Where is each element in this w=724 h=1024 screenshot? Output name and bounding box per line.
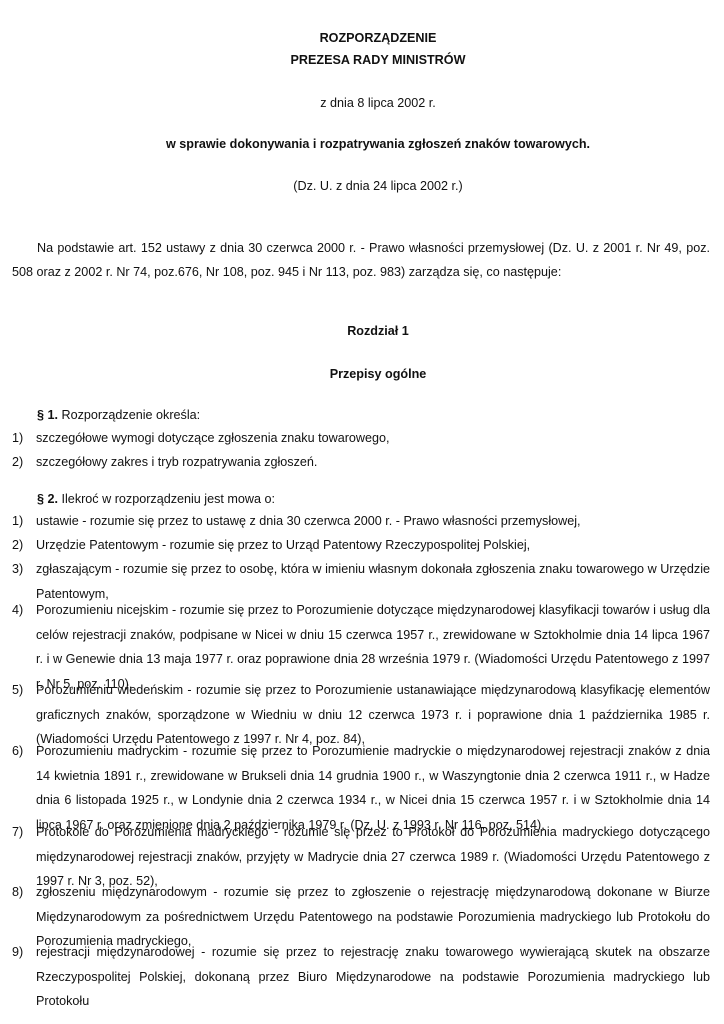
item-number: 6)	[12, 739, 23, 764]
item-number: 2)	[12, 450, 23, 475]
chapter-number: Rozdział 1	[0, 324, 724, 338]
section-mark: § 2.	[37, 492, 58, 506]
section-intro: Rozporządzenie określa:	[58, 408, 200, 422]
document-date: z dnia 8 lipca 2002 r.	[0, 96, 724, 110]
item-text: szczegółowy zakres i tryb rozpatrywania …	[36, 450, 710, 475]
item-text: szczegółowe wymogi dotyczące zgłoszenia …	[36, 426, 710, 451]
section-intro: Ilekroć w rozporządzeniu jest mowa o:	[58, 492, 275, 506]
item-number: 3)	[12, 557, 23, 582]
list-item: 2)szczegółowy zakres i tryb rozpatrywani…	[12, 450, 710, 475]
title-line-1: ROZPORZĄDZENIE	[0, 31, 724, 45]
item-number: 4)	[12, 598, 23, 623]
list-item: 1)ustawie - rozumie się przez to ustawę …	[12, 509, 710, 534]
title-line-2: PREZESA RADY MINISTRÓW	[0, 53, 724, 67]
list-item: 1)szczegółowe wymogi dotyczące zgłoszeni…	[12, 426, 710, 451]
item-number: 1)	[12, 509, 23, 534]
section-1-heading: § 1. Rozporządzenie określa:	[37, 408, 200, 422]
document-page: ROZPORZĄDZENIE PREZESA RADY MINISTRÓW z …	[0, 0, 724, 1024]
publication-reference: (Dz. U. z dnia 24 lipca 2002 r.)	[0, 179, 724, 193]
preamble: Na podstawie art. 152 ustawy z dnia 30 c…	[12, 236, 710, 284]
item-text: rejestracji międzynarodowej - rozumie si…	[36, 940, 710, 1014]
list-item: 9)rejestracji międzynarodowej - rozumie …	[12, 940, 710, 1014]
document-subject: w sprawie dokonywania i rozpatrywania zg…	[0, 137, 724, 151]
item-number: 8)	[12, 880, 23, 905]
item-number: 2)	[12, 533, 23, 558]
item-text: Urzędzie Patentowym - rozumie się przez …	[36, 533, 710, 558]
section-2-heading: § 2. Ilekroć w rozporządzeniu jest mowa …	[37, 492, 275, 506]
item-number: 1)	[12, 426, 23, 451]
preamble-text: Na podstawie art. 152 ustawy z dnia 30 c…	[12, 241, 710, 279]
item-number: 9)	[12, 940, 23, 965]
chapter-title: Przepisy ogólne	[0, 367, 724, 381]
item-number: 5)	[12, 678, 23, 703]
item-text: ustawie - rozumie się przez to ustawę z …	[36, 509, 710, 534]
item-number: 7)	[12, 820, 23, 845]
section-mark: § 1.	[37, 408, 58, 422]
list-item: 2)Urzędzie Patentowym - rozumie się prze…	[12, 533, 710, 558]
